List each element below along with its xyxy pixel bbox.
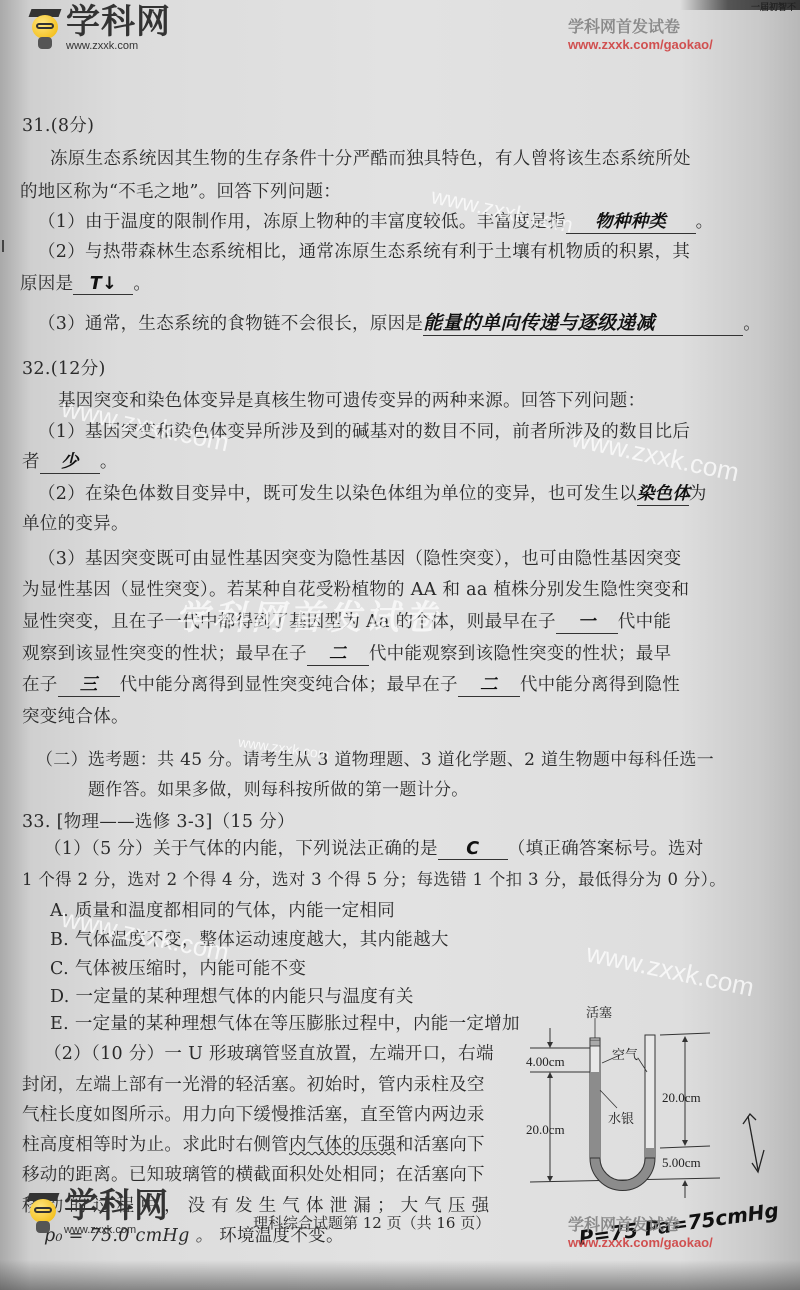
margin-mark xyxy=(2,240,4,252)
q32-part3-line1: （3）基因突变既可由显性基因突变为隐性基因（隐性突变），也可由隐性基因突变 xyxy=(38,545,681,570)
q32-part3-line6: 突变纯合体。 xyxy=(22,703,129,728)
section2-line2: 题作答。如果多做，则每科按所做的第一题计分。 xyxy=(88,775,469,800)
q31-part1: （1）由于温度的限制作用，冻原上物种的丰富度较低。丰富度是指物种种类。 xyxy=(38,208,713,234)
q32-score: (12分) xyxy=(51,359,106,379)
footer-logo: 学科网 www.zxxk.com xyxy=(28,1188,169,1236)
q31-p3-answer: 能量的单向传递与逐级递减 xyxy=(423,312,655,334)
q32-p3-blank1[interactable]: 一 xyxy=(556,608,618,634)
q33-p1-answer: C xyxy=(466,839,479,859)
q33-part1: （1）（5 分）关于气体的内能，下列说法正确的是C（填正确答案标号。选对 xyxy=(44,835,704,860)
q33-option-c[interactable]: C. 气体被压缩时，内能可能不变 xyxy=(50,955,306,980)
watermark-url: www.zxxk.com xyxy=(584,938,757,1004)
header-stamp: 学科网首发试卷 www.zxxk.com/gaokao/ xyxy=(568,14,713,52)
u-tube-figure xyxy=(520,1000,800,1200)
q31-p3-blank[interactable]: 能量的单向传递与逐级递减 xyxy=(423,308,743,336)
q33-part2-line5: 移动的距离。已知玻璃管的横截面积处处相同；在活塞向下 xyxy=(22,1161,485,1186)
q32-part1-cont: 者少。 xyxy=(22,448,118,474)
q33-option-d[interactable]: D. 一定量的某种理想气体的内能只与温度有关 xyxy=(50,983,414,1008)
footer-stamp-url: www.zxxk.com/gaokao/ xyxy=(568,1235,713,1250)
q32-p1-answer: 少 xyxy=(61,452,79,472)
q32-intro: 基因突变和染色体变异是真核生物可遗传变异的两种来源。回答下列问题： xyxy=(58,387,645,412)
q33-part1-line2: 1 个得 2 分，选对 2 个得 4 分，选对 3 个得 5 分；每选错 1 个… xyxy=(22,866,726,890)
footer-logo-url: www.zxxk.com xyxy=(64,1224,169,1236)
q31-number: 31. xyxy=(22,116,51,136)
q31-p1-blank[interactable]: 物种种类 xyxy=(566,208,696,234)
q33-number: 33. xyxy=(22,812,51,832)
q33-part2-line4: 柱高度相等时为止。求此时右侧管内气体的压强和活塞向下 xyxy=(22,1131,485,1156)
q31-header: 31.(8分) xyxy=(22,112,94,137)
q33-part2-line1: （2）（10 分）一 U 形玻璃管竖直放置，左端开口，右端 xyxy=(44,1040,494,1065)
page-number: 理科综合试题第 12 页（共 16 页） xyxy=(253,1212,490,1233)
q32-part2: （2）在染色体数目变异中，既可发生以染色体组为单位的变异，也可发生以染色体为 xyxy=(38,480,707,506)
q32-p3-blank2[interactable]: 二 xyxy=(307,640,369,666)
label-right-hg-diff: 5.00cm xyxy=(662,1155,701,1171)
page-bottom-shadow xyxy=(0,1260,800,1290)
u-tube-diagram: 活塞 空气 水银 4.00cm 20.0cm 20.0cm 5.00cm xyxy=(520,1000,800,1200)
mascot-icon xyxy=(30,7,60,49)
q32-p2-blank[interactable]: 染色体 xyxy=(637,480,689,506)
label-mercury: 水银 xyxy=(608,1108,634,1127)
q32-part3-line5: 在子三代中能分离得到显性突变纯合体；最早在子二代中能分离得到隐性 xyxy=(22,671,680,697)
q31-p2-blank[interactable]: T↓ xyxy=(73,274,133,295)
q33-option-e[interactable]: E. 一定量的某种理想气体在等压膨胀过程中，内能一定增加 xyxy=(50,1010,520,1035)
q31-intro-line1: 冻原生态系统因其生物的生存条件十分严酷而独具特色，有人曾将该生态系统所处 xyxy=(50,145,691,170)
q31-p1-answer: 物种种类 xyxy=(595,212,666,232)
q32-p2-answer: 染色体 xyxy=(637,484,690,504)
footer-logo-name: 学科网 xyxy=(64,1188,169,1224)
corner-text: 一届初智不 xyxy=(751,0,796,13)
footer-stamp-title: 学科网首发试卷 xyxy=(568,1212,713,1235)
stamp-url: www.zxxk.com/gaokao/ xyxy=(568,37,713,52)
q33-header: 33. [物理——选修 3-3]（15 分） xyxy=(22,808,295,833)
q32-p1-blank[interactable]: 少 xyxy=(40,448,100,474)
q32-part3-line4: 观察到该显性突变的性状；最早在子二代中能观察到该隐性突变的性状；最早 xyxy=(22,640,671,666)
header-logo: 学科网 www.zxxk.com xyxy=(30,4,171,52)
stamp-title: 学科网首发试卷 xyxy=(568,14,713,37)
q32-header: 32.(12分) xyxy=(22,355,106,380)
logo-url: www.zxxk.com xyxy=(66,40,171,52)
label-piston: 活塞 xyxy=(586,1002,612,1021)
q32-part2-cont: 单位的变异。 xyxy=(22,510,129,535)
logo-name: 学科网 xyxy=(66,4,171,40)
label-right-air-length: 20.0cm xyxy=(662,1090,701,1106)
q31-score: (8分) xyxy=(51,116,95,136)
q32-number: 32. xyxy=(22,359,51,379)
q31-part2-cont: 原因是T↓。 xyxy=(20,270,151,295)
label-left-hg-length: 20.0cm xyxy=(526,1122,565,1138)
q31-part2: （2）与热带森林生态系统相比，通常冻原生态系统有利于土壤有机物质的积累，其 xyxy=(38,238,690,263)
q31-intro-line2: 的地区称为“不毛之地”。回答下列问题： xyxy=(20,178,341,203)
q33-part2-line2: 封闭，左端上部有一光滑的轻活塞。初始时，管内汞柱及空 xyxy=(22,1071,485,1096)
q33-p1-blank[interactable]: C xyxy=(438,839,508,860)
watermark-banner: 学科网首发试卷 xyxy=(175,590,441,639)
q32-p3-blank3[interactable]: 三 xyxy=(58,671,120,697)
q31-part3: （3）通常，生态系统的食物链不会很长，原因是能量的单向传递与逐级递减。 xyxy=(38,308,761,336)
mascot-icon xyxy=(28,1191,58,1233)
footer-stamp: 学科网首发试卷 www.zxxk.com/gaokao/ xyxy=(568,1212,713,1250)
exam-page: 一届初智不 学科网 www.zxxk.com 学科网首发试卷 www.zxxk.… xyxy=(0,0,800,1290)
q32-p3-blank4[interactable]: 二 xyxy=(458,671,520,697)
q33-part2-line3: 气柱长度如图所示。用力向下缓慢推活塞，直至管内两边汞 xyxy=(22,1101,485,1126)
q31-p2-answer: T↓ xyxy=(90,274,117,294)
label-left-air-length: 4.00cm xyxy=(526,1054,565,1070)
label-air: 空气 xyxy=(612,1044,638,1063)
q33-underlined-phrase: 内气体的压强 xyxy=(289,1135,396,1155)
q33-title: [物理——选修 3-3]（15 分） xyxy=(57,812,295,832)
section2-line1: （二）选考题：共 45 分。请考生从 3 道物理题、3 道化学题、2 道生物题中… xyxy=(36,745,714,770)
